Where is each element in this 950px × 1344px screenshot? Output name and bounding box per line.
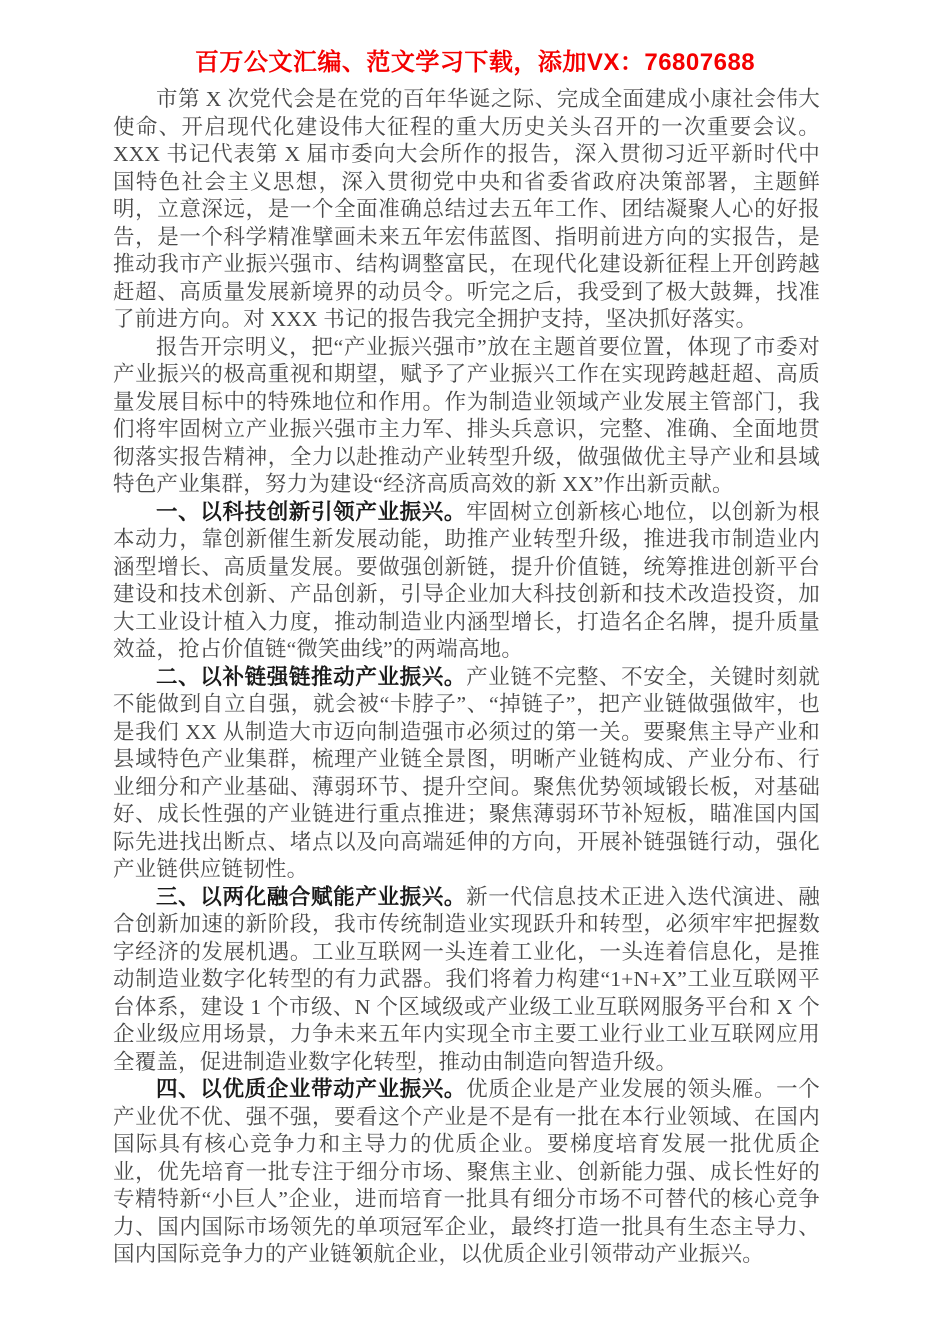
header-notice: 百万公文汇编、范文学习下载，添加VX：76807688 <box>0 42 950 77</box>
section-heading: 三、以两化融合赋能产业振兴。 <box>156 885 466 909</box>
paragraph-text: 产业链不完整、不安全，关键时刻就不能做到自立自强，就会被“卡脖子”、“掉链子”，… <box>113 665 820 882</box>
paragraph-text: 新一代信息技术正进入迭代演进、融合创新加速的新阶段，我市传统制造业实现跃升和转型… <box>113 885 820 1074</box>
section-heading: 四、以优质企业带动产业振兴。 <box>156 1077 466 1101</box>
paragraph: 四、以优质企业带动产业振兴。优质企业是产业发展的领头雁。一个产业优不优、强不强，… <box>113 1076 820 1269</box>
paragraph: 一、以科技创新引领产业振兴。牢固树立创新核心地位，以创新为根本动力，靠创新催生新… <box>113 499 820 664</box>
paragraph: 报告开宗明义，把“产业振兴强市”放在主题首要位置，体现了市委对产业振兴的极高重视… <box>113 334 820 499</box>
section-heading: 一、以科技创新引领产业振兴。 <box>156 500 466 524</box>
paragraph: 二、以补链强链推动产业振兴。产业链不完整、不安全，关键时刻就不能做到自立自强，就… <box>113 664 820 884</box>
document-page: 百万公文汇编、范文学习下载，添加VX：76807688 市第 X 次党代会是在党… <box>0 0 950 1344</box>
paragraph: 市第 X 次党代会是在党的百年华诞之际、完成全面建成小康社会伟大使命、开启现代化… <box>113 86 820 334</box>
paragraph-text: 市第 X 次党代会是在党的百年华诞之际、完成全面建成小康社会伟大使命、开启现代化… <box>113 87 820 331</box>
section-heading: 二、以补链强链推动产业振兴。 <box>156 665 466 689</box>
paragraph: 三、以两化融合赋能产业振兴。新一代信息技术正进入迭代演进、融合创新加速的新阶段，… <box>113 884 820 1077</box>
paragraph-text: 优质企业是产业发展的领头雁。一个产业优不优、强不强，要看这个产业是不是有一批在本… <box>113 1077 820 1266</box>
page-number: 1 <box>356 1244 366 1266</box>
document-body: 市第 X 次党代会是在党的百年华诞之际、完成全面建成小康社会伟大使命、开启现代化… <box>113 86 820 1269</box>
paragraph-text: 报告开宗明义，把“产业振兴强市”放在主题首要位置，体现了市委对产业振兴的极高重视… <box>113 335 820 497</box>
